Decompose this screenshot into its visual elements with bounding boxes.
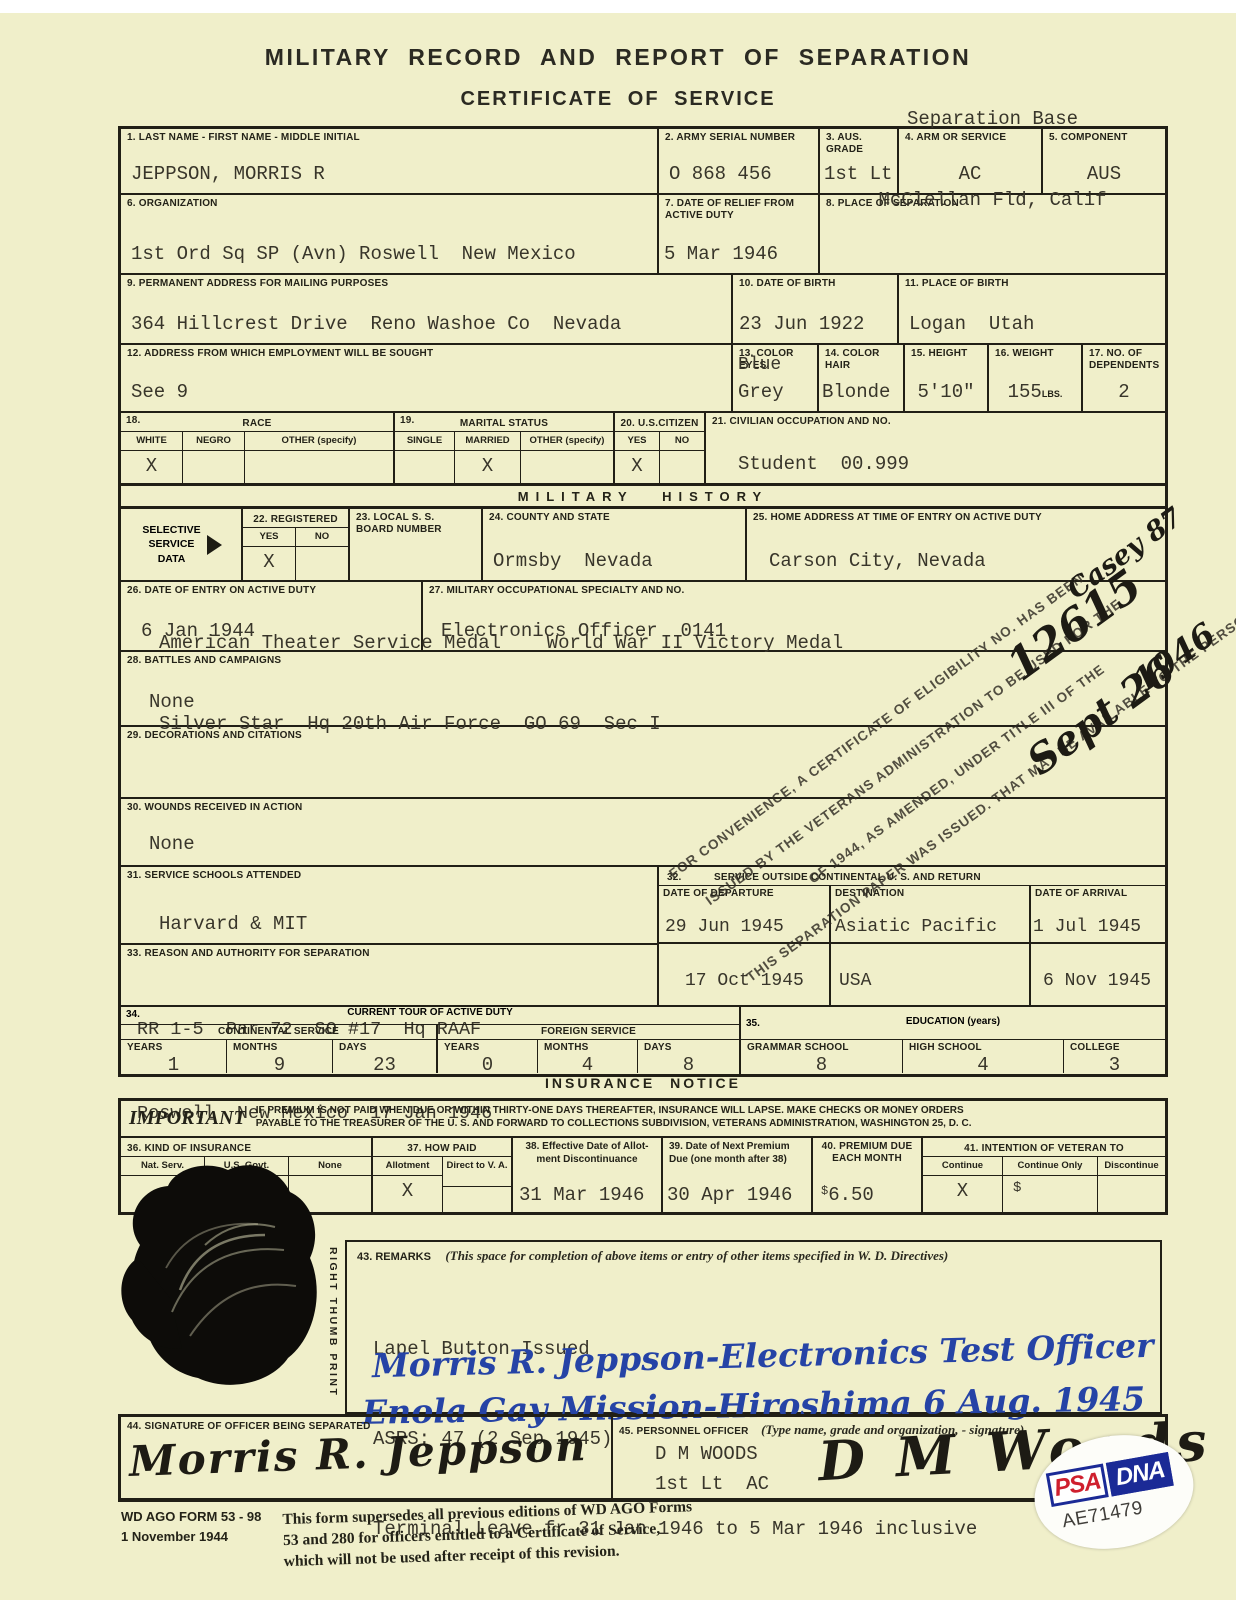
intent-continue: Continue X (923, 1157, 1003, 1212)
row-address: 9. PERMANENT ADDRESS FOR MAILING PURPOSE… (121, 275, 1165, 345)
overseas-r2-arrival-value: 6 Nov 1945 (1043, 971, 1151, 991)
field-34-tour: 34. CURRENT TOUR OF ACTIVE DUTY CONTINEN… (121, 1007, 741, 1074)
field-24-value: Ormsby Nevada (493, 550, 653, 572)
field-11-birth-place: 11. PLACE OF BIRTH Logan Utah (899, 275, 1165, 343)
registered-col-yes: YES X (243, 528, 296, 580)
marital-col-single: SINGLE (395, 432, 455, 483)
field-12-employment-address: 12. ADDRESS FROM WHICH EMPLOYMENT WILL B… (121, 345, 733, 411)
field-20-columns: YES X NO (615, 432, 704, 483)
field-1-value: JEPPSON, MORRIS R (131, 163, 325, 185)
race-col-other: OTHER (specify) (245, 432, 393, 483)
cont-months-label: MONTHS (227, 1042, 332, 1054)
field-33-label: 33. REASON AND AUTHORITY FOR SEPARATION (127, 948, 651, 960)
field-24-county-state: 24. COUNTY AND STATE Ormsby Nevada (483, 509, 747, 580)
field-10-label: 10. DATE OF BIRTH (739, 278, 891, 290)
field-43-header: 43. REMARKS (This space for completion o… (347, 1242, 1160, 1265)
field-17-label: 17. NO. OF DEPENDENTS (1089, 348, 1159, 372)
field-2-serial: 2. ARMY SERIAL NUMBER O 868 456 (659, 129, 820, 193)
marital-col-other: OTHER (specify) (521, 432, 613, 483)
field-31-value: Harvard & MIT (159, 913, 307, 935)
intent-discontinue: Discontinue (1098, 1157, 1165, 1212)
field-44-signature: 44. SIGNATURE OF OFFICER BEING SEPARATED… (121, 1417, 613, 1498)
foreign-years-value: 0 (438, 1054, 537, 1076)
field-37-label: 37. HOW PAID (407, 1141, 476, 1155)
intent-continue-only-mark: $ (1003, 1176, 1097, 1212)
field-35-label: EDUCATION (years) (906, 1016, 1000, 1027)
foreign-days: DAYS 8 (638, 1040, 739, 1073)
field-8-line1: Separation Base (820, 106, 1165, 133)
race-white-mark: X (121, 451, 182, 483)
field-14-value: Blonde (822, 381, 890, 403)
field-29-value: American Theater Service Medal World War… (159, 576, 843, 792)
important-word: IMPORTANT (121, 1101, 254, 1136)
field-16-value: 155LBS. (989, 381, 1081, 403)
field-40-value: $6.50 (821, 1184, 874, 1206)
field-18-header: 18. RACE (121, 413, 393, 432)
field-41-label: 41. INTENTION OF VETERAN TO (964, 1141, 1124, 1155)
intent-continue-only-label: Continue Only (1003, 1157, 1097, 1176)
registered-col-no: NO (296, 528, 348, 580)
citizen-yes-mark: X (615, 451, 659, 483)
race-white-label: WHITE (121, 432, 182, 451)
overseas-r2-arrival: 6 Nov 1945 (1031, 944, 1165, 1005)
intent-discontinue-label: Discontinue (1098, 1157, 1165, 1176)
field-41-cols: Continue X Continue Only $ Discontinue (923, 1157, 1165, 1212)
section-insurance-notice: INSURANCE NOTICE (118, 1075, 1168, 1091)
cont-months: MONTHS 9 (227, 1040, 333, 1073)
intent-discontinue-mark (1098, 1176, 1165, 1212)
field-21-occupation: 21. CIVILIAN OCCUPATION AND NO. Student … (706, 413, 1165, 483)
edu-grammar-value: 8 (741, 1054, 902, 1076)
marital-single-mark (395, 451, 454, 483)
race-other-mark (245, 451, 393, 483)
field-38-label: 38. Effective Date of Allot- ment Discon… (519, 1141, 655, 1166)
edu-college-value: 3 (1064, 1054, 1165, 1076)
field-39-next-premium: 39. Date of Next Premium Due (one month … (663, 1138, 813, 1212)
selective-service-wrap: SELECTIVE SERVICE DATA (127, 512, 235, 577)
field-17-value: 2 (1083, 381, 1165, 403)
arrow-right-icon (207, 535, 222, 555)
field-22-columns: YES X NO (243, 528, 348, 580)
field-9-value: 364 Hillcrest Drive Reno Washoe Co Nevad… (131, 313, 621, 335)
field-10-value: 23 Jun 1922 (739, 313, 864, 335)
citizen-col-no: NO (660, 432, 704, 483)
foreign-years-label: YEARS (438, 1042, 537, 1054)
cont-days-value: 23 (333, 1054, 436, 1076)
field-13-value: Grey (738, 381, 784, 403)
field-19-marital: 19. MARITAL STATUS SINGLE MARRIED X OTHE… (395, 413, 615, 483)
marital-married-label: MARRIED (455, 432, 520, 451)
footer-form-number: WD AGO FORM 53 - 98 (121, 1507, 261, 1527)
field-23-label: 23. LOCAL S. S. BOARD NUMBER (356, 512, 475, 536)
field-35-header: 35. EDUCATION (years) (741, 1007, 1165, 1040)
cont-days-label: DAYS (333, 1042, 436, 1054)
overseas-r2-destination: USA (831, 944, 1031, 1005)
selective-service-label: SELECTIVE SERVICE DATA (141, 523, 203, 566)
cont-months-value: 9 (227, 1054, 332, 1076)
tour-values: YEARS 1 MONTHS 9 DAYS 23 YEARS 0 (121, 1040, 739, 1073)
field-8-value: Separation Base McClellan Fld, Calif (820, 52, 1165, 268)
selective-service-block: SELECTIVE SERVICE DATA (121, 509, 243, 580)
field-35-education: 35. EDUCATION (years) GRAMMAR SCHOOL 8 H… (741, 1007, 1165, 1074)
overseas-r1-arrival: DATE OF ARRIVAL 1 Jul 1945 (1031, 886, 1165, 942)
foreign-months-value: 4 (538, 1054, 637, 1076)
field-8-line2: McClellan Fld, Calif (820, 187, 1165, 214)
citizen-yes-label: YES (615, 432, 659, 451)
field-19-number: 19. (400, 415, 415, 427)
field-16-number: 155 (1008, 381, 1042, 403)
field-30-value: None (149, 833, 195, 855)
marital-other-label: OTHER (specify) (521, 432, 613, 451)
row-tour-education: 34. CURRENT TOUR OF ACTIVE DUTY CONTINEN… (121, 1007, 1165, 1074)
field-21-value: Student 00.999 (738, 453, 909, 475)
paid-direct: Direct to V. A. (443, 1157, 511, 1212)
row-selective-service: SELECTIVE SERVICE DATA 22. REGISTERED YE… (121, 509, 1165, 582)
intent-continue-only: Continue Only $ (1003, 1157, 1098, 1212)
field-20-citizen: 20. U.S.CITIZEN YES X NO (615, 413, 706, 483)
row-race-marital: 18. RACE WHITE X NEGRO OTHER (specify) (121, 413, 1165, 485)
edu-high-value: 4 (903, 1054, 1063, 1076)
field-31-label: 31. SERVICE SCHOOLS ATTENDED (127, 870, 651, 882)
field-40-premium: 40. PREMIUM DUE EACH MONTH $6.50 (813, 1138, 923, 1212)
field-45-typed-grade: 1st Lt AC (655, 1473, 769, 1495)
field-18-race: 18. RACE WHITE X NEGRO OTHER (specify) (121, 413, 395, 483)
signature-row: 44. SIGNATURE OF OFFICER BEING SEPARATED… (118, 1414, 1168, 1502)
field-12-value: See 9 (131, 381, 188, 403)
foreign-years: YEARS 0 (438, 1040, 538, 1073)
field-6-organization: 6. ORGANIZATION 1st Ord Sq SP (Avn) Rosw… (121, 195, 659, 273)
field-43-sublabel: (This space for completion of above item… (445, 1248, 948, 1263)
field-10-birth-date: 10. DATE OF BIRTH 23 Jun 1922 (733, 275, 899, 343)
field-35-number: 35. (746, 1009, 760, 1039)
field-38-discontinuance: 38. Effective Date of Allot- ment Discon… (513, 1138, 663, 1212)
field-16-unit: LBS. (1042, 389, 1063, 399)
field-7-label: 7. DATE OF RELIEF FROM ACTIVE DUTY (665, 198, 812, 222)
field-31-schools: 31. SERVICE SCHOOLS ATTENDED Harvard & M… (121, 867, 657, 945)
field-9-label: 9. PERMANENT ADDRESS FOR MAILING PURPOSE… (127, 278, 725, 290)
field-20-label: 20. U.S.CITIZEN (620, 416, 698, 430)
field-40-label: 40. PREMIUM DUE EACH MONTH (819, 1141, 915, 1165)
thumb-print-image (110, 1140, 338, 1400)
paid-allotment-mark: X (373, 1176, 442, 1212)
insurance-notice-line1: IF PREMIUM IS NOT PAID WHEN DUE OR WITHI… (256, 1104, 1159, 1117)
insurance-important-row: IMPORTANT IF PREMIUM IS NOT PAID WHEN DU… (121, 1101, 1165, 1138)
field-19-label: MARITAL STATUS (460, 416, 548, 430)
field-2-value: O 868 456 (669, 163, 772, 185)
citizen-no-label: NO (660, 432, 704, 451)
schools-reason-block: 31. SERVICE SCHOOLS ATTENDED Harvard & M… (121, 867, 659, 1005)
field-13-overprint: Blue (738, 355, 781, 375)
field-37-cols: Allotment X Direct to V. A. (373, 1157, 511, 1212)
insurance-notice-line2: PAYABLE TO THE TREASURER OF THE U. S. AN… (256, 1117, 1159, 1130)
field-25-label: 25. HOME ADDRESS AT TIME OF ENTRY ON ACT… (753, 512, 1159, 524)
dna-logo-text: DNA (1106, 1452, 1174, 1496)
paid-allotment-label: Allotment (373, 1157, 442, 1176)
paid-allotment: Allotment X (373, 1157, 443, 1212)
field-14-hair: 14. COLOR HAIR Blonde (819, 345, 905, 411)
registered-no-mark (296, 547, 348, 580)
marital-single-label: SINGLE (395, 432, 454, 451)
field-18-columns: WHITE X NEGRO OTHER (specify) (121, 432, 393, 483)
field-12-label: 12. ADDRESS FROM WHICH EMPLOYMENT WILL B… (127, 348, 725, 360)
edu-high: HIGH SCHOOL 4 (903, 1040, 1064, 1073)
foreign-days-label: DAYS (638, 1042, 739, 1054)
separation-certificate-page: MILITARY RECORD AND REPORT OF SEPARATION… (0, 0, 1236, 1600)
overseas-r1-arrival-value: 1 Jul 1945 (1033, 917, 1141, 937)
education-values: GRAMMAR SCHOOL 8 HIGH SCHOOL 4 COLLEGE 3 (741, 1040, 1165, 1073)
field-9-mailing-address: 9. PERMANENT ADDRESS FOR MAILING PURPOSE… (121, 275, 733, 343)
foreign-months-label: MONTHS (538, 1042, 637, 1054)
marital-married-mark: X (455, 451, 520, 483)
field-41-intention: 41. INTENTION OF VETERAN TO Continue X C… (923, 1138, 1165, 1212)
psa-dna-logo: PSA DNA (1046, 1452, 1174, 1507)
field-37-header: 37. HOW PAID (373, 1138, 511, 1157)
citizen-col-yes: YES X (615, 432, 660, 483)
edu-college: COLLEGE 3 (1064, 1040, 1165, 1073)
field-14-label: 14. COLOR HAIR (825, 348, 881, 372)
field-34-label: CURRENT TOUR OF ACTIVE DUTY (347, 1007, 513, 1018)
paid-direct-mark (443, 1187, 511, 1212)
field-11-label: 11. PLACE OF BIRTH (905, 278, 1159, 290)
foreign-days-value: 8 (638, 1054, 739, 1076)
scan-edge (0, 0, 1236, 13)
overseas-r2-destination-value: USA (839, 971, 871, 991)
field-29-line2: Silver Star Hq 20th Air Force GO 69 Sec … (159, 711, 843, 738)
field-20-header: 20. U.S.CITIZEN (615, 413, 704, 432)
field-23-board-number: 23. LOCAL S. S. BOARD NUMBER (350, 509, 483, 580)
field-15-value: 5'10" (905, 381, 987, 403)
row-schools-service: 31. SERVICE SCHOOLS ATTENDED Harvard & M… (121, 867, 1165, 1007)
field-45-label: 45. PERSONNEL OFFICER (619, 1426, 749, 1437)
field-37-how-paid: 37. HOW PAID Allotment X Direct to V. A. (373, 1138, 513, 1212)
edu-grammar: GRAMMAR SCHOOL 8 (741, 1040, 903, 1073)
race-col-negro: NEGRO (183, 432, 245, 483)
field-34-header: 34. CURRENT TOUR OF ACTIVE DUTY (121, 1007, 739, 1025)
field-22-header: 22. REGISTERED (243, 509, 348, 528)
field-15-label: 15. HEIGHT (911, 348, 981, 360)
marital-col-married: MARRIED X (455, 432, 521, 483)
field-41-header: 41. INTENTION OF VETERAN TO (923, 1138, 1165, 1157)
race-negro-mark (183, 451, 244, 483)
field-22-label: 22. REGISTERED (253, 512, 338, 526)
field-6-label: 6. ORGANIZATION (127, 198, 651, 210)
field-22-registered: 22. REGISTERED YES X NO (243, 509, 350, 580)
field-34-number: 34. (126, 1009, 140, 1020)
edu-grammar-label: GRAMMAR SCHOOL (741, 1042, 902, 1054)
field-33-reason: 33. REASON AND AUTHORITY FOR SEPARATION … (121, 945, 657, 1005)
footer-form-id: WD AGO FORM 53 - 98 1 November 1944 (121, 1507, 261, 1546)
field-38-value: 31 Mar 1946 (519, 1184, 644, 1206)
field-8-separation-place: 8. PLACE OF SEPARATION Separation Base M… (820, 195, 1165, 273)
foreign-service-label: FOREIGN SERVICE (438, 1025, 739, 1039)
marital-other-mark (521, 451, 613, 483)
field-25-value: Carson City, Nevada (769, 550, 986, 572)
arrival-col-label: DATE OF ARRIVAL (1035, 888, 1161, 900)
intent-continue-mark: X (923, 1176, 1002, 1212)
field-29-line1: American Theater Service Medal World War… (159, 630, 843, 657)
field-2-label: 2. ARMY SERIAL NUMBER (665, 132, 812, 144)
field-11-value: Logan Utah (909, 313, 1034, 335)
field-7-relief-date: 7. DATE OF RELIEF FROM ACTIVE DUTY 5 Mar… (659, 195, 820, 273)
row-organization: 6. ORGANIZATION 1st Ord Sq SP (Avn) Rosw… (121, 195, 1165, 275)
field-21-label: 21. CIVILIAN OCCUPATION AND NO. (712, 416, 1159, 428)
paid-direct-label: Direct to V. A. (443, 1157, 511, 1187)
race-col-white: WHITE X (121, 432, 183, 483)
insurance-notice-text: IF PREMIUM IS NOT PAID WHEN DUE OR WITHI… (254, 1101, 1165, 1136)
field-16-label: 16. WEIGHT (995, 348, 1075, 360)
field-24-label: 24. COUNTY AND STATE (489, 512, 739, 524)
edu-college-label: COLLEGE (1064, 1042, 1165, 1054)
footer-form-date: 1 November 1944 (121, 1527, 261, 1547)
registered-yes-mark: X (243, 547, 295, 580)
intent-continue-label: Continue (923, 1157, 1002, 1176)
registered-no-label: NO (296, 528, 348, 547)
field-1-label: 1. LAST NAME - FIRST NAME - MIDDLE INITI… (127, 132, 651, 144)
tour-group-labels: CONTINENTAL SERVICE FOREIGN SERVICE (121, 1025, 739, 1040)
psa-logo-text: PSA (1046, 1463, 1109, 1507)
field-16-weight: 16. WEIGHT 155LBS. (989, 345, 1083, 411)
cont-days: DAYS 23 (333, 1040, 438, 1073)
field-18-label: RACE (242, 416, 271, 430)
field-43-label: 43. REMARKS (357, 1251, 431, 1263)
field-45-typed-name: D M WOODS (655, 1443, 758, 1465)
registered-yes-label: YES (243, 528, 295, 547)
field-1-name: 1. LAST NAME - FIRST NAME - MIDDLE INITI… (121, 129, 659, 193)
field-6-value: 1st Ord Sq SP (Avn) Roswell New Mexico (131, 243, 576, 265)
field-13-eyes: 13. COLOR EYES Blue Grey (733, 345, 819, 411)
cont-years-label: YEARS (121, 1042, 226, 1054)
field-39-label: 39. Date of Next Premium Due (one month … (669, 1141, 805, 1166)
field-18-number: 18. (126, 415, 141, 427)
field-15-height: 15. HEIGHT 5'10" (905, 345, 989, 411)
cont-years: YEARS 1 (121, 1040, 227, 1073)
field-17-dependents: 17. NO. OF DEPENDENTS 2 (1083, 345, 1165, 411)
continental-service-label: CONTINENTAL SERVICE (121, 1025, 438, 1039)
field-19-columns: SINGLE MARRIED X OTHER (specify) (395, 432, 613, 483)
row-physical: 12. ADDRESS FROM WHICH EMPLOYMENT WILL B… (121, 345, 1165, 413)
field-40-amount: 6.50 (828, 1184, 874, 1206)
right-thumb-print-label: RIGHT THUMB PRINT (327, 1247, 339, 1409)
foreign-months: MONTHS 4 (538, 1040, 638, 1073)
section-military-history: MILITARY HISTORY (121, 485, 1165, 509)
cont-years-value: 1 (121, 1054, 226, 1076)
field-19-header: 19. MARITAL STATUS (395, 413, 613, 432)
race-other-label: OTHER (specify) (245, 432, 393, 451)
citizen-no-mark (660, 451, 704, 483)
field-7-value: 5 Mar 1946 (664, 243, 778, 265)
edu-high-label: HIGH SCHOOL (903, 1042, 1063, 1054)
field-39-value: 30 Apr 1946 (667, 1184, 792, 1206)
race-negro-label: NEGRO (183, 432, 244, 451)
